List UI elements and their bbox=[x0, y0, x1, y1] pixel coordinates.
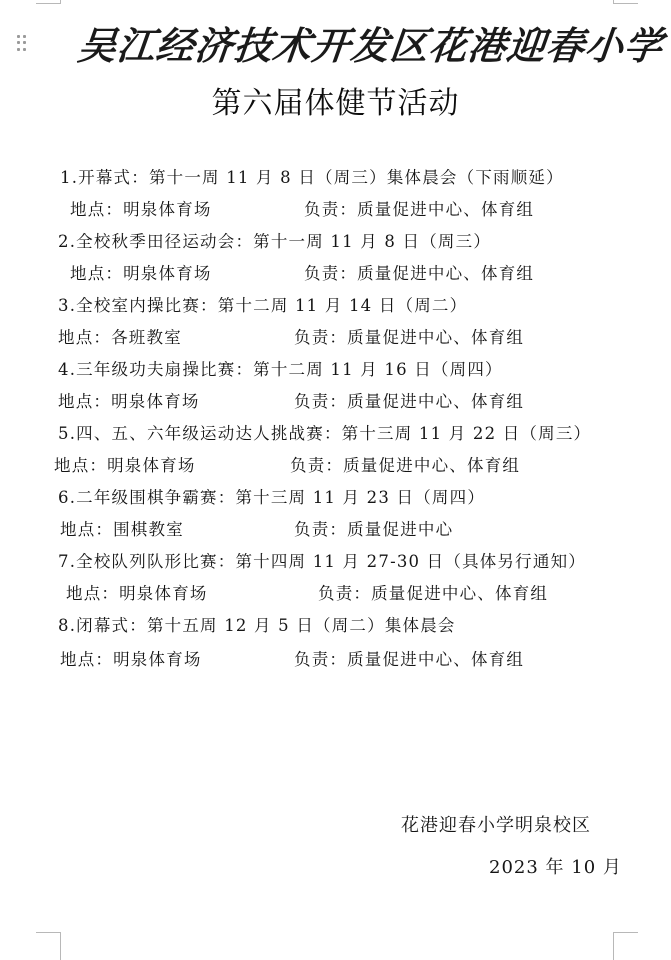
responsible-label: 负责： bbox=[304, 264, 357, 283]
event-details: 地点：明泉体育场 bbox=[70, 263, 212, 285]
responsible-value: 质量促进中心、体育组 bbox=[347, 650, 524, 669]
event-details: 地点：明泉体育场 bbox=[54, 455, 196, 477]
responsible-info: 负责：质量促进中心、体育组 bbox=[294, 649, 524, 671]
footer-organization: 花港迎春小学明泉校区 bbox=[401, 814, 591, 838]
location-value: 明泉体育场 bbox=[113, 650, 202, 669]
location-value: 明泉体育场 bbox=[123, 200, 212, 219]
location-label: 地点： bbox=[60, 650, 113, 669]
location-value: 明泉体育场 bbox=[123, 264, 212, 283]
responsible-info: 负责：质量促进中心 bbox=[294, 519, 453, 541]
location-value: 明泉体育场 bbox=[111, 392, 200, 411]
responsible-label: 负责： bbox=[294, 650, 347, 669]
event-details: 地点：各班教室 bbox=[58, 327, 182, 349]
responsible-value: 质量促进中心、体育组 bbox=[347, 328, 524, 347]
responsible-info: 负责：质量促进中心、体育组 bbox=[290, 455, 520, 477]
location-value: 明泉体育场 bbox=[107, 456, 196, 475]
drag-handle-icon[interactable] bbox=[17, 35, 27, 51]
responsible-label: 负责： bbox=[304, 200, 357, 219]
responsible-label: 负责： bbox=[294, 328, 347, 347]
event-details: 地点：明泉体育场 bbox=[60, 649, 202, 671]
footer-date: 2023 年 10 月 bbox=[489, 856, 622, 880]
page-title: 第六届体健节活动 bbox=[0, 84, 671, 124]
event-heading: 2.全校秋季田径运动会：第十一周 11 月 8 日（周三） bbox=[58, 231, 491, 253]
responsible-info: 负责：质量促进中心、体育组 bbox=[294, 327, 524, 349]
event-heading: 4.三年级功夫扇操比赛：第十二周 11 月 16 日（周四） bbox=[58, 359, 503, 381]
responsible-label: 负责： bbox=[294, 392, 347, 411]
location-label: 地点： bbox=[60, 520, 113, 539]
page-corner-mark-bottom-left bbox=[36, 932, 61, 960]
event-heading: 6.二年级围棋争霸赛：第十三周 11 月 23 日（周四） bbox=[58, 487, 485, 509]
responsible-value: 质量促进中心、体育组 bbox=[347, 392, 524, 411]
location-label: 地点： bbox=[70, 200, 123, 219]
event-details: 地点：明泉体育场 bbox=[58, 391, 200, 413]
responsible-label: 负责： bbox=[318, 584, 371, 603]
location-label: 地点： bbox=[66, 584, 119, 603]
responsible-info: 负责：质量促进中心、体育组 bbox=[304, 199, 534, 221]
event-heading: 3.全校室内操比赛：第十二周 11 月 14 日（周二） bbox=[58, 295, 467, 317]
location-label: 地点： bbox=[58, 328, 111, 347]
responsible-label: 负责： bbox=[290, 456, 343, 475]
location-value: 明泉体育场 bbox=[119, 584, 208, 603]
responsible-value: 质量促进中心、体育组 bbox=[343, 456, 520, 475]
responsible-value: 质量促进中心 bbox=[347, 520, 453, 539]
location-value: 围棋教室 bbox=[113, 520, 184, 539]
event-details: 地点：明泉体育场 bbox=[70, 199, 212, 221]
event-heading: 7.全校队列队形比赛：第十四周 11 月 27-30 日（具体另行通知） bbox=[58, 551, 586, 573]
responsible-value: 质量促进中心、体育组 bbox=[371, 584, 548, 603]
location-label: 地点： bbox=[70, 264, 123, 283]
page-corner-mark-top-left bbox=[36, 0, 61, 4]
location-value: 各班教室 bbox=[111, 328, 182, 347]
responsible-value: 质量促进中心、体育组 bbox=[357, 264, 534, 283]
event-heading: 8.闭幕式：第十五周 12 月 5 日（周二）集体晨会 bbox=[58, 615, 456, 637]
school-banner: 吴江经济技术开发区花港迎春小学 bbox=[75, 22, 605, 70]
responsible-value: 质量促进中心、体育组 bbox=[357, 200, 534, 219]
location-label: 地点： bbox=[54, 456, 107, 475]
event-details: 地点：围棋教室 bbox=[60, 519, 184, 541]
event-heading: 5.四、五、六年级运动达人挑战赛：第十三周 11 月 22 日（周三） bbox=[58, 423, 591, 445]
event-heading: 1.开幕式：第十一周 11 月 8 日（周三）集体晨会（下雨顺延） bbox=[60, 167, 564, 189]
page-corner-mark-bottom-right bbox=[613, 932, 638, 960]
responsible-label: 负责： bbox=[294, 520, 347, 539]
responsible-info: 负责：质量促进中心、体育组 bbox=[304, 263, 534, 285]
location-label: 地点： bbox=[58, 392, 111, 411]
event-details: 地点：明泉体育场 bbox=[66, 583, 208, 605]
page-corner-mark-top-right bbox=[613, 0, 638, 4]
responsible-info: 负责：质量促进中心、体育组 bbox=[318, 583, 548, 605]
responsible-info: 负责：质量促进中心、体育组 bbox=[294, 391, 524, 413]
